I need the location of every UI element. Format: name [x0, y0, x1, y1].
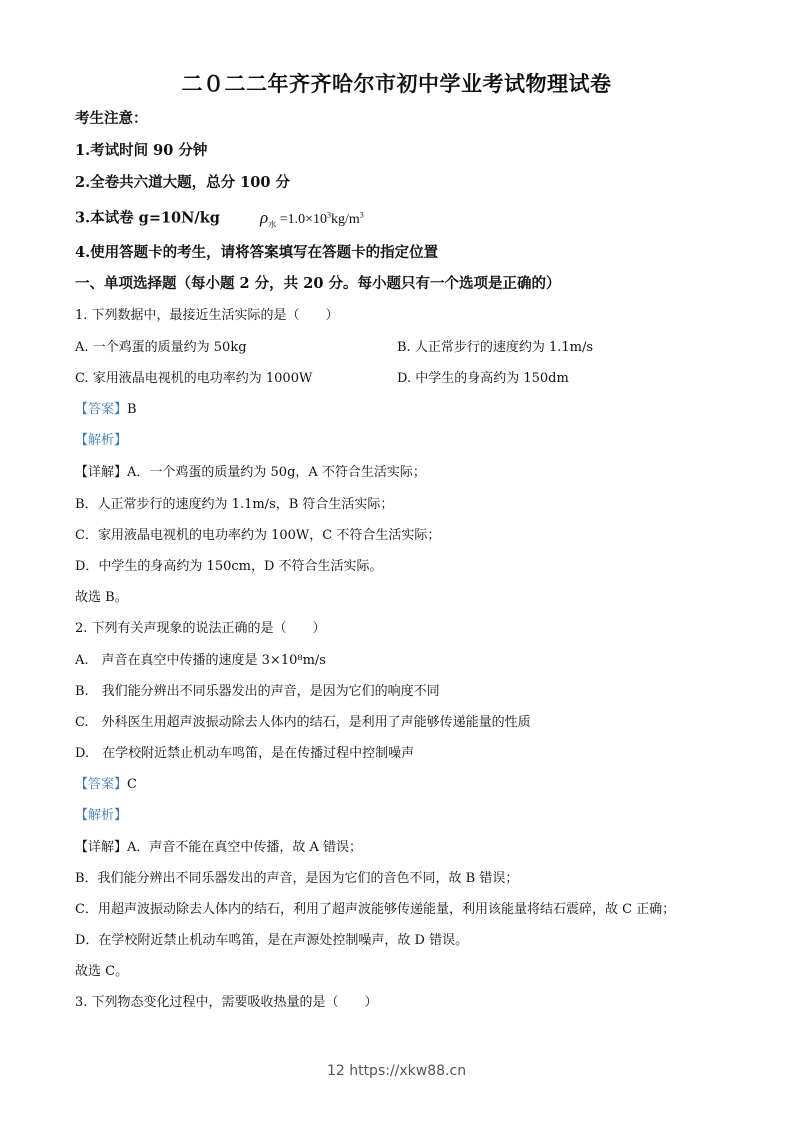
- conclusion: 故选 C。: [75, 963, 128, 981]
- notice-item: 3.本试卷 g=10N/kg: [75, 210, 220, 227]
- analysis-label: 【解析】: [75, 432, 127, 450]
- question-option: B. 人正常步行的速度约为 1.1m/s: [397, 339, 593, 357]
- detail-line: B．人正常步行的速度约为 1.1m/s，B 符合生活实际；: [75, 496, 393, 514]
- question-option: C. 家用液晶电视机的电功率约为 1000W: [75, 370, 312, 388]
- detail-line: B．我们能分辨出不同乐器发出的声音，是因为它们的音色不同，故 B 错误；: [75, 870, 518, 888]
- answer-value: B: [127, 402, 137, 417]
- question-option: B. 我们能分辨出不同乐器发出的声音，是因为它们的响度不同: [75, 683, 440, 701]
- page-title: 二０二二年齐齐哈尔市初中学业考试物理试卷: [0, 68, 793, 98]
- notice-heading: 考生注意：: [75, 110, 148, 128]
- question-option: A. 声音在真空中传播的速度是 3×10⁸m/s: [75, 652, 326, 670]
- question-option: A. 一个鸡蛋的质量约为 50kg: [75, 339, 247, 357]
- answer-line: 【答案】B: [75, 401, 137, 419]
- detail-line: D．在学校附近禁止机动车鸣笛，是在声源处控制噪声，故 D 错误。: [75, 932, 468, 950]
- conclusion: 故选 B。: [75, 589, 128, 607]
- notice-item: 1.考试时间 90 分钟: [75, 142, 207, 160]
- answer-line: 【答案】C: [75, 776, 137, 794]
- exam-page: 二０二二年齐齐哈尔市初中学业考试物理试卷 考生注意： 1.考试时间 90 分钟 …: [0, 0, 793, 1122]
- analysis-label: 【解析】: [75, 807, 127, 825]
- water-density-formula: ρ水 =1.0×103kg/m3: [260, 212, 364, 227]
- question-stem: 2. 下列有关声现象的说法正确的是（ ）: [75, 620, 326, 638]
- notice-item-gravity: 3.本试卷 g=10N/kg ρ水 =1.0×103kg/m3: [75, 206, 364, 233]
- detail-label: 【详解】: [75, 840, 127, 855]
- question-option: C. 外科医生用超声波振动除去人体内的结石，是利用了声能够传递能量的性质: [75, 714, 531, 732]
- page-footer: 12 https://xkw88.cn: [0, 1063, 793, 1079]
- detail-line: C．家用液晶电视机的电功率约为 100W，C 不符合生活实际；: [75, 527, 440, 545]
- question-stem: 1. 下列数据中，最接近生活实际的是（ ）: [75, 307, 339, 325]
- question-stem: 3. 下列物态变化过程中，需要吸收热量的是（ ）: [75, 994, 378, 1012]
- detail-line: D．中学生的身高约为 150cm，D 不符合生活实际。: [75, 558, 383, 576]
- section-heading: 一、单项选择题（每小题 2 分，共 20 分。每小题只有一个选项是正确的）: [75, 275, 560, 293]
- answer-value: C: [127, 777, 137, 792]
- detail-line: 【详解】A．一个鸡蛋的质量约为 50g，A 不符合生活实际；: [75, 464, 426, 482]
- answer-label: 【答案】: [75, 402, 127, 417]
- detail-label: 【详解】: [75, 465, 127, 480]
- question-option: D. 中学生的身高约为 150dm: [397, 370, 569, 388]
- detail-line: 【详解】A．声音不能在真空中传播，故 A 错误；: [75, 839, 362, 857]
- notice-item: 4.使用答题卡的考生，请将答案填写在答题卡的指定位置: [75, 244, 438, 262]
- notice-item: 2.全卷共六道大题，总分 100 分: [75, 174, 290, 192]
- answer-label: 【答案】: [75, 777, 127, 792]
- question-option: D. 在学校附近禁止机动车鸣笛，是在传播过程中控制噪声: [75, 745, 414, 763]
- detail-line: C．用超声波振动除去人体内的结石，利用了超声波能够传递能量，利用该能量将结石震碎…: [75, 901, 675, 919]
